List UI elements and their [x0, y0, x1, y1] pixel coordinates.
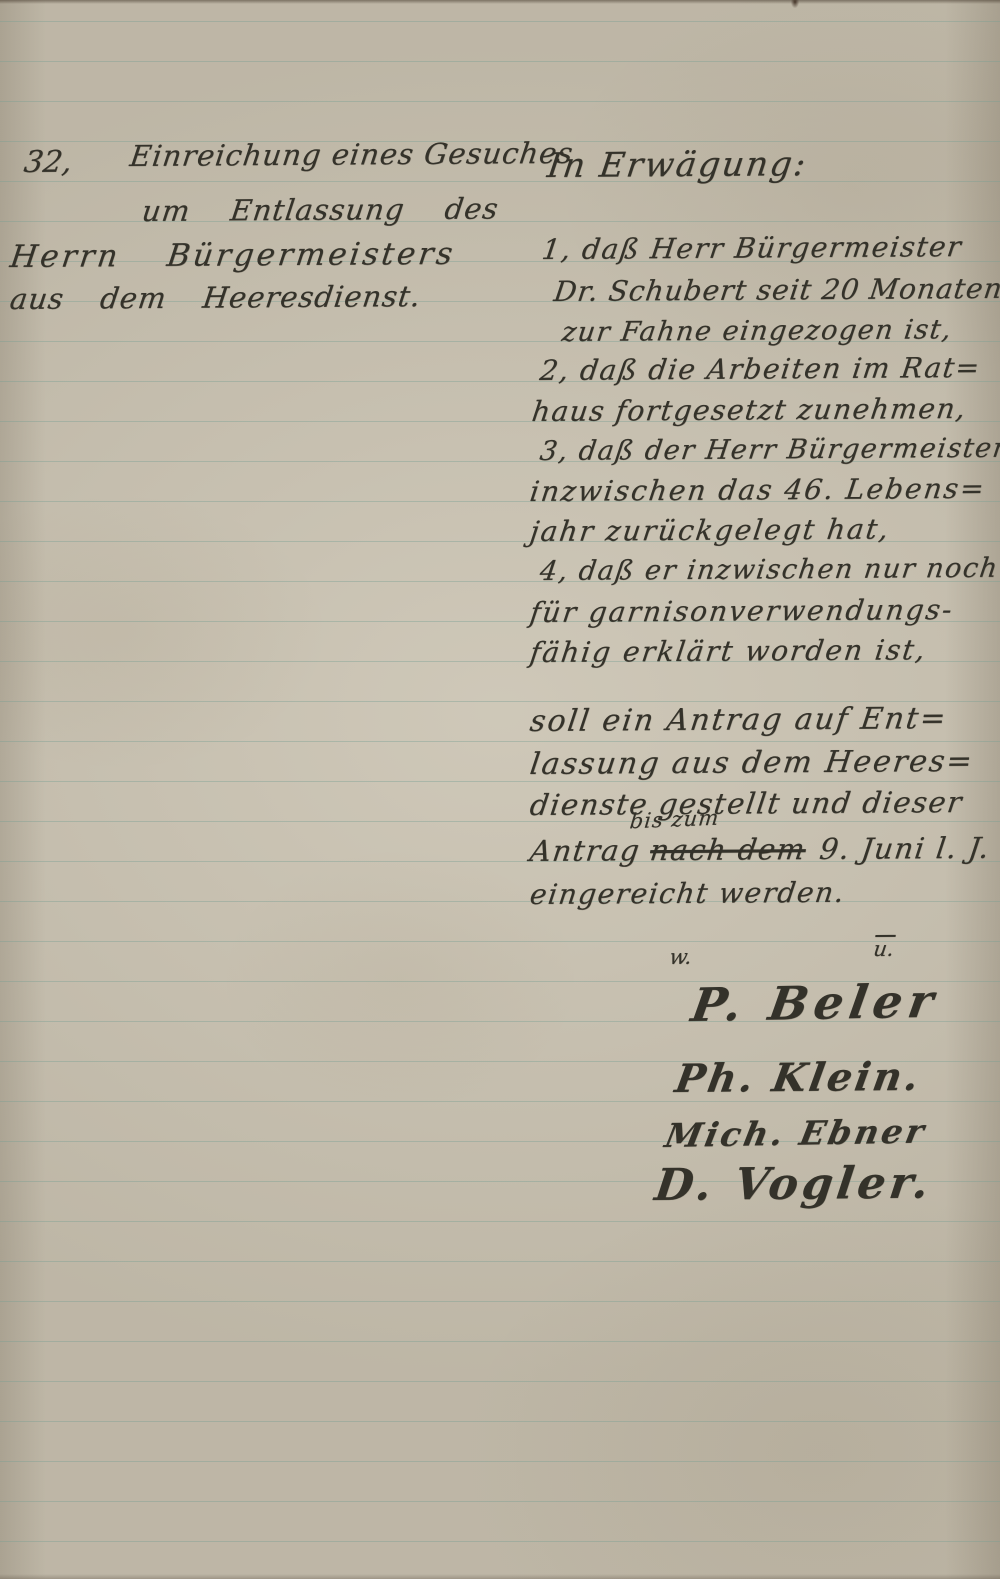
point-2-line-2: haus fortgesetzt zunehmen,	[530, 394, 968, 428]
signature-mark-right: u.	[872, 938, 895, 961]
resolution-line-4: Antragnach dem9. Juni l. J. bis zum	[528, 833, 992, 868]
point-2-line-1: 2, daß die Arbeiten im Rat=	[538, 353, 983, 387]
point-3-line-1: 3, daß der Herr Bürgermeister	[538, 434, 1000, 467]
signature-mark-left: w.	[668, 946, 693, 969]
inserted-correction: bis zum	[629, 807, 721, 834]
consideration-heading: In Erwägung:	[545, 146, 810, 185]
resolution-line-4-prefix: Antrag	[528, 833, 643, 868]
subject-line-3: Herrn Bürgermeisters	[8, 237, 457, 274]
point-4-line-2: für garnisonverwendungs-	[528, 595, 956, 629]
resolution-line-5: eingereicht werden.	[528, 878, 847, 911]
point-4-line-3: fähig erklärt worden ist,	[528, 635, 929, 669]
point-3-line-2: inzwischen das 46. Lebens=	[528, 474, 988, 508]
subject-line-2: um Entlassung des	[140, 194, 501, 228]
signature-4: D. Vogler.	[652, 1160, 935, 1211]
struck-text: nach dem	[648, 832, 808, 867]
subject-line-1: Einreichung eines Gesuches	[128, 138, 575, 173]
manuscript-page: 32, Einreichung eines Gesuches um Entlas…	[0, 0, 1000, 1579]
subject-line-4: aus dem Heeresdienst.	[8, 281, 423, 316]
resolution-line-2: lassung aus dem Heeres=	[528, 745, 976, 781]
resolution-line-3: dienste gestellt und dieser	[528, 787, 965, 822]
point-1-line-2: Dr. Schubert seit 20 Monaten	[552, 274, 1000, 308]
point-3-line-3: jahr zurückgelegt hat,	[528, 514, 892, 547]
resolution-line-4-suffix: 9. Juni l. J.	[818, 831, 993, 866]
entry-number: 32,	[22, 146, 74, 179]
resolution-line-1: soll ein Antrag auf Ent=	[528, 702, 949, 738]
point-1-line-3: zur Fahne eingezogen ist,	[560, 315, 954, 347]
point-1-line-1: 1, daß Herr Bürgermeister	[540, 232, 964, 266]
point-4-line-1: 4, daß er inzwischen nur noch	[538, 554, 1000, 587]
signature-3: Mich. Ebner	[662, 1113, 930, 1154]
signature-1: P. Beler	[688, 976, 943, 1031]
signature-2: Ph. Klein.	[672, 1056, 925, 1101]
